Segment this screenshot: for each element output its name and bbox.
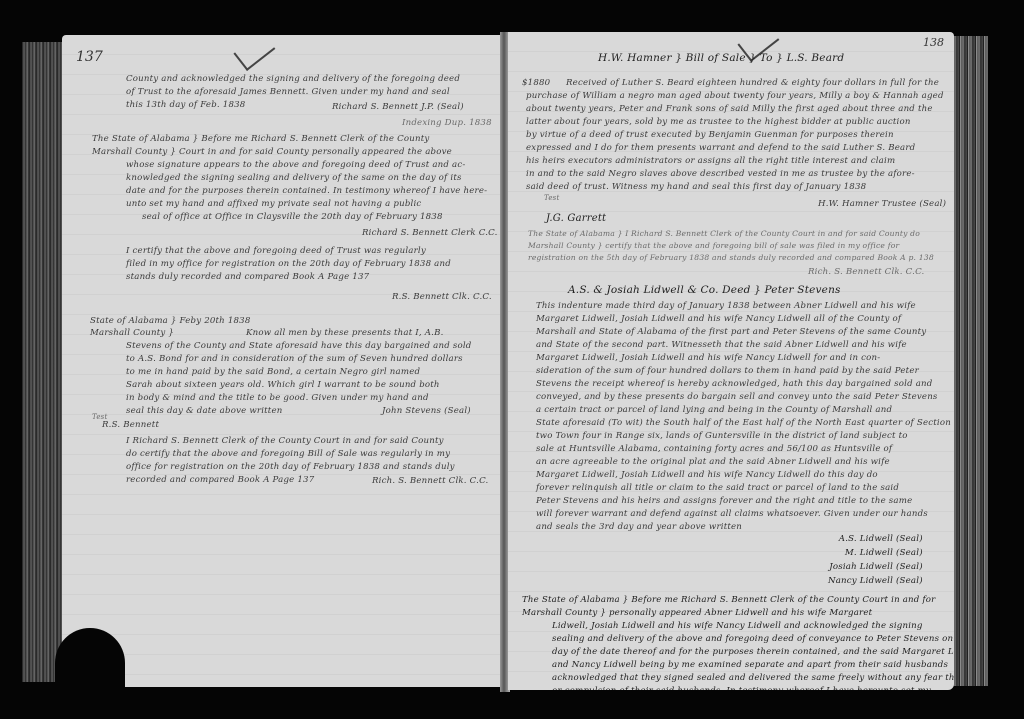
- text-line: I certify that the above and foregoing d…: [126, 245, 451, 258]
- text-line: seal of office at Office in Claysville t…: [92, 211, 487, 224]
- text-line: and Nancy Lidwell being by me examined s…: [522, 659, 954, 672]
- signature: John Stevens (Seal): [382, 405, 471, 418]
- text-line: of Trust to the aforesaid James Bennett.…: [126, 86, 460, 99]
- text-line: expressed and I do for them presents war…: [526, 142, 944, 155]
- checkmark-icon: [233, 35, 275, 71]
- entry-title: H.W. Hamner } Bill of Sale } To } L.S. B…: [598, 52, 844, 65]
- text-line: to me in hand paid by the said Bond, a c…: [126, 366, 472, 379]
- text-line: two Town four in Range six, lands of Gun…: [536, 430, 951, 443]
- text-line: The State of Alabama } I Richard S. Benn…: [528, 228, 934, 240]
- text-line: sale at Huntsville Alabama, containing f…: [536, 443, 951, 456]
- left-page-number: 137: [76, 49, 103, 65]
- text-line: to A.S. Bond for and in consideration of…: [126, 353, 472, 366]
- text-line: Sarah about sixteen years old. Which gir…: [126, 379, 472, 392]
- entry-hamner-bill-of-sale: Received of Luther S. Beard eighteen hun…: [526, 77, 944, 194]
- text-line: filed in my office for registration on t…: [126, 258, 451, 271]
- text-line: Lidwell, Josiah Lidwell and his wife Nan…: [522, 620, 954, 633]
- text-line: will forever warrant and defend against …: [536, 508, 951, 521]
- signature: H.W. Hamner Trustee (Seal): [818, 198, 946, 211]
- deed-heading: A.S. & Josiah Lidwell & Co. Deed } Peter…: [568, 284, 841, 297]
- text-line: said deed of trust. Witness my hand and …: [526, 181, 944, 194]
- text-line: an acre agreeable to the original plat a…: [536, 456, 951, 469]
- signature: Nancy Lidwell (Seal): [828, 574, 923, 588]
- text-line: Marshall County } personally appeared Ab…: [522, 607, 954, 620]
- text-line: County and acknowledged the signing and …: [126, 73, 460, 86]
- signature: Richard S. Bennett J.P. (Seal): [332, 101, 464, 114]
- signature: Josiah Lidwell (Seal): [828, 560, 923, 574]
- text-line: knowledged the signing sealing and deliv…: [92, 172, 487, 185]
- text-line: stands duly recorded and compared Book A…: [126, 271, 451, 284]
- witness-signature: J.G. Garrett: [546, 212, 606, 225]
- text-line: purchase of William a negro man aged abo…: [526, 90, 944, 103]
- thumb-shadow: [55, 628, 125, 698]
- text-line: by virtue of a deed of trust executed by…: [526, 129, 944, 142]
- text-line: and State of the second part. Witnesseth…: [536, 339, 951, 352]
- text-line: Margaret Lidwell, Josiah Lidwell and his…: [536, 313, 951, 326]
- text-line: The State of Alabama } Before me Richard…: [522, 594, 954, 607]
- text-line: conveyed, and by these presents do barga…: [536, 391, 951, 404]
- text-line: This indenture made third day of January…: [536, 300, 951, 313]
- right-page-edges: [952, 36, 988, 686]
- entry-state-certificate: The State of Alabama } Before me Richard…: [92, 133, 487, 224]
- signature: Rich. S. Bennett Clk. C.C.: [808, 266, 924, 279]
- text-line: acknowledged that they signed sealed and…: [522, 672, 954, 685]
- marginal-note: Indexing Dup. 1838: [402, 117, 492, 130]
- text-line: unto set my hand and affixed my private …: [92, 198, 487, 211]
- text-line: office for registration on the 20th day …: [126, 461, 455, 474]
- text-line: do certify that the above and foregoing …: [126, 448, 455, 461]
- text-line: forever relinquish all title or claim to…: [536, 482, 951, 495]
- signature: R.S. Bennett Clk. C.C.: [392, 291, 492, 304]
- text-line: a certain tract or parcel of land lying …: [536, 404, 951, 417]
- right-page: 138 H.W. Hamner } Bill of Sale } To } L.…: [508, 32, 954, 690]
- text-line: Marshall and State of Alabama of the fir…: [536, 326, 951, 339]
- text-line: Received of Luther S. Beard eighteen hun…: [526, 77, 944, 90]
- text-line: in and to the said Negro slaves above de…: [526, 168, 944, 181]
- text-line: Peter Stevens and his heirs and assigns …: [536, 495, 951, 508]
- entry-lidwell-acknowledgment: The State of Alabama } Before me Richard…: [522, 594, 954, 690]
- text-line: in body & mind and the title to be good.…: [126, 392, 472, 405]
- left-page-edges: [22, 42, 64, 682]
- text-line: Know all men by these presents that I, A…: [126, 327, 472, 340]
- text-line: latter about four years, sold by me as t…: [526, 116, 944, 129]
- entry-recording-certificate: I certify that the above and foregoing d…: [126, 245, 451, 284]
- signature: M. Lidwell (Seal): [828, 546, 923, 560]
- text-line: day of the date thereof and for the purp…: [522, 646, 954, 659]
- deed-signatures: A.S. Lidwell (Seal) M. Lidwell (Seal) Jo…: [828, 532, 923, 588]
- text-line: sideration of the sum of four hundred do…: [536, 365, 951, 378]
- witness-signature: R.S. Bennett: [102, 419, 159, 432]
- text-line: Margaret Lidwell, Josiah Lidwell and his…: [536, 469, 951, 482]
- text-line: Stevens the receipt whereof is hereby ac…: [536, 378, 951, 391]
- text-line: registration on the 5th day of February …: [528, 252, 934, 264]
- signature: Richard S. Bennett Clerk C.C.: [362, 227, 498, 240]
- text-line: Stevens of the County and State aforesai…: [126, 340, 472, 353]
- text-line: I Richard S. Bennett Clerk of the County…: [126, 435, 455, 448]
- text-line: Margaret Lidwell, Josiah Lidwell and his…: [536, 352, 951, 365]
- signature: A.S. Lidwell (Seal): [828, 532, 923, 546]
- text-line: State aforesaid (To wit) the South half …: [536, 417, 951, 430]
- left-page: 137 County and acknowledged the signing …: [62, 35, 502, 687]
- text-line: sealing and delivery of the above and fo…: [522, 633, 954, 646]
- text-line: Marshall County } Court in and for said …: [92, 146, 487, 159]
- text-line: or compulsion of their said husbands. In…: [522, 685, 954, 690]
- witness-label: Test: [544, 192, 559, 205]
- open-record-book: 137 County and acknowledged the signing …: [0, 0, 1024, 719]
- text-line: his heirs executors administrators or as…: [526, 155, 944, 168]
- right-page-number: 138: [923, 36, 944, 49]
- entry-hamner-recording: The State of Alabama } I Richard S. Benn…: [528, 228, 934, 264]
- text-line: The State of Alabama } Before me Richard…: [92, 133, 487, 146]
- entry-lidwell-deed: This indenture made third day of January…: [536, 300, 951, 534]
- signature: Rich. S. Bennett Clk. C.C.: [372, 475, 488, 488]
- text-line: whose signature appears to the above and…: [92, 159, 487, 172]
- text-line: date and for the purposes therein contai…: [92, 185, 487, 198]
- text-line: Marshall County } certify that the above…: [528, 240, 934, 252]
- text-line: about twenty years, Peter and Frank sons…: [526, 103, 944, 116]
